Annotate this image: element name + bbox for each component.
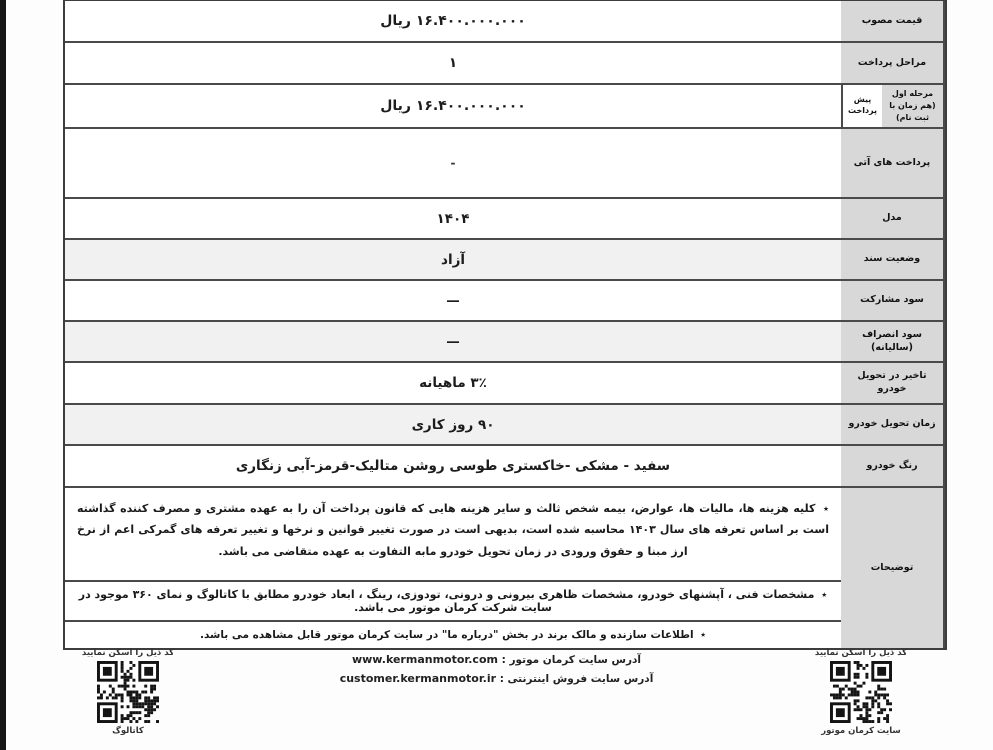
table-row-notes: ٭ کلیه هزینه ها، مالیات ها، عوارض، بیمه …	[65, 486, 945, 648]
document-status-label: وضعیت سند	[841, 240, 945, 279]
qr-catalog-label: کاتالوگ	[48, 726, 208, 736]
table-row-cancellation-profit: — سود انصراف (سالیانه)	[65, 320, 945, 361]
first-stage-label: مرحله اول (هم زمان با ثبت نام)	[882, 85, 943, 127]
payment-stages-value: ۱	[65, 43, 841, 83]
car-color-label: رنگ خودرو	[841, 446, 945, 486]
cancellation-profit-value: —	[65, 322, 841, 361]
scan-edge-strip	[0, 0, 6, 750]
table-row-delivery-delay: ۳٪ ماهیانه تاخیر در تحویل خودرو	[65, 361, 945, 403]
delivery-time-label: زمان تحویل خودرو	[841, 405, 945, 444]
qr-block-catalog: کد ذیل را اسکن نمایید کاتالوگ	[48, 648, 208, 736]
table-row-approved-price: ۱۶.۴۰۰.۰۰۰.۰۰۰ ریال قیمت مصوب	[65, 1, 945, 41]
table-row-document-status: آزاد وضعیت سند	[65, 238, 945, 279]
qr-code-catalog-icon	[97, 661, 159, 723]
shop-url: customer.kermanmotor.ir	[340, 672, 496, 685]
bullet-icon: ٭	[823, 502, 829, 515]
table-row-payment-stages: ۱ مراحل پرداخت	[65, 41, 945, 83]
table-row-participation-profit: — سود مشارکت	[65, 279, 945, 320]
price-table: ۱۶.۴۰۰.۰۰۰.۰۰۰ ریال قیمت مصوب ۱ مراحل پر…	[63, 0, 947, 650]
approved-price-label: قیمت مصوب	[841, 1, 945, 41]
document-status-value: آزاد	[65, 240, 841, 279]
participation-profit-label: سود مشارکت	[841, 281, 945, 320]
footer: آدرس سایت کرمان موتور : www.kermanmotor.…	[0, 645, 993, 750]
approved-price-value: ۱۶.۴۰۰.۰۰۰.۰۰۰ ریال	[65, 1, 841, 41]
future-payments-value: -	[65, 129, 841, 197]
notes-content: ٭ کلیه هزینه ها، مالیات ها، عوارض، بیمه …	[65, 488, 841, 648]
delivery-time-value: ۹۰ روز کاری	[65, 405, 841, 444]
bullet-icon: ٭	[700, 629, 706, 641]
notes-label: توضیحات	[841, 488, 945, 648]
qr-website-caption: کد ذیل را اسکن نمایید	[781, 648, 941, 658]
delivery-delay-value: ۳٪ ماهیانه	[65, 363, 841, 403]
note-item: ٭ مشخصات فنی ، آپشنهای خودرو، مشخصات ظاه…	[65, 580, 841, 620]
down-payment-label: پیش پرداخت	[841, 85, 882, 127]
model-label: مدل	[841, 199, 945, 238]
document-page: ۱۶.۴۰۰.۰۰۰.۰۰۰ ریال قیمت مصوب ۱ مراحل پر…	[0, 0, 993, 750]
model-value: ۱۴۰۴	[65, 199, 841, 238]
payment-stages-label: مراحل پرداخت	[841, 43, 945, 83]
table-row-model: ۱۴۰۴ مدل	[65, 197, 945, 238]
down-payment-value: ۱۶.۴۰۰.۰۰۰.۰۰۰ ریال	[65, 85, 841, 127]
participation-profit-value: —	[65, 281, 841, 320]
qr-block-website: کد ذیل را اسکن نمایید سایت کرمان موتور	[781, 648, 941, 736]
table-row-future-payments: - پرداخت های آتی	[65, 127, 945, 197]
table-row-delivery-time: ۹۰ روز کاری زمان تحویل خودرو	[65, 403, 945, 444]
note-item: ٭ کلیه هزینه ها، مالیات ها، عوارض، بیمه …	[65, 488, 841, 580]
qr-website-label: سایت کرمان موتور	[781, 726, 941, 736]
future-payments-label: پرداخت های آتی	[841, 129, 945, 197]
note-item: ٭ اطلاعات سازنده و مالک برند در بخش "درب…	[65, 620, 841, 648]
site-url: www.kermanmotor.com	[352, 653, 498, 666]
bullet-icon: ٭	[821, 588, 827, 601]
table-row-car-color: سفید - مشکی -خاکستری طوسی روشن متالیک-قر…	[65, 444, 945, 486]
qr-catalog-caption: کد ذیل را اسکن نمایید	[48, 648, 208, 658]
qr-code-website-icon	[830, 661, 892, 723]
delivery-delay-label: تاخیر در تحویل خودرو	[841, 363, 945, 403]
table-row-down-payment: ۱۶.۴۰۰.۰۰۰.۰۰۰ ریال مرحله اول (هم زمان ب…	[65, 83, 945, 127]
car-color-value: سفید - مشکی -خاکستری طوسی روشن متالیک-قر…	[65, 446, 841, 486]
cancellation-profit-label: سود انصراف (سالیانه)	[841, 322, 945, 361]
down-payment-label-group: مرحله اول (هم زمان با ثبت نام) پیش پرداخ…	[841, 85, 945, 127]
